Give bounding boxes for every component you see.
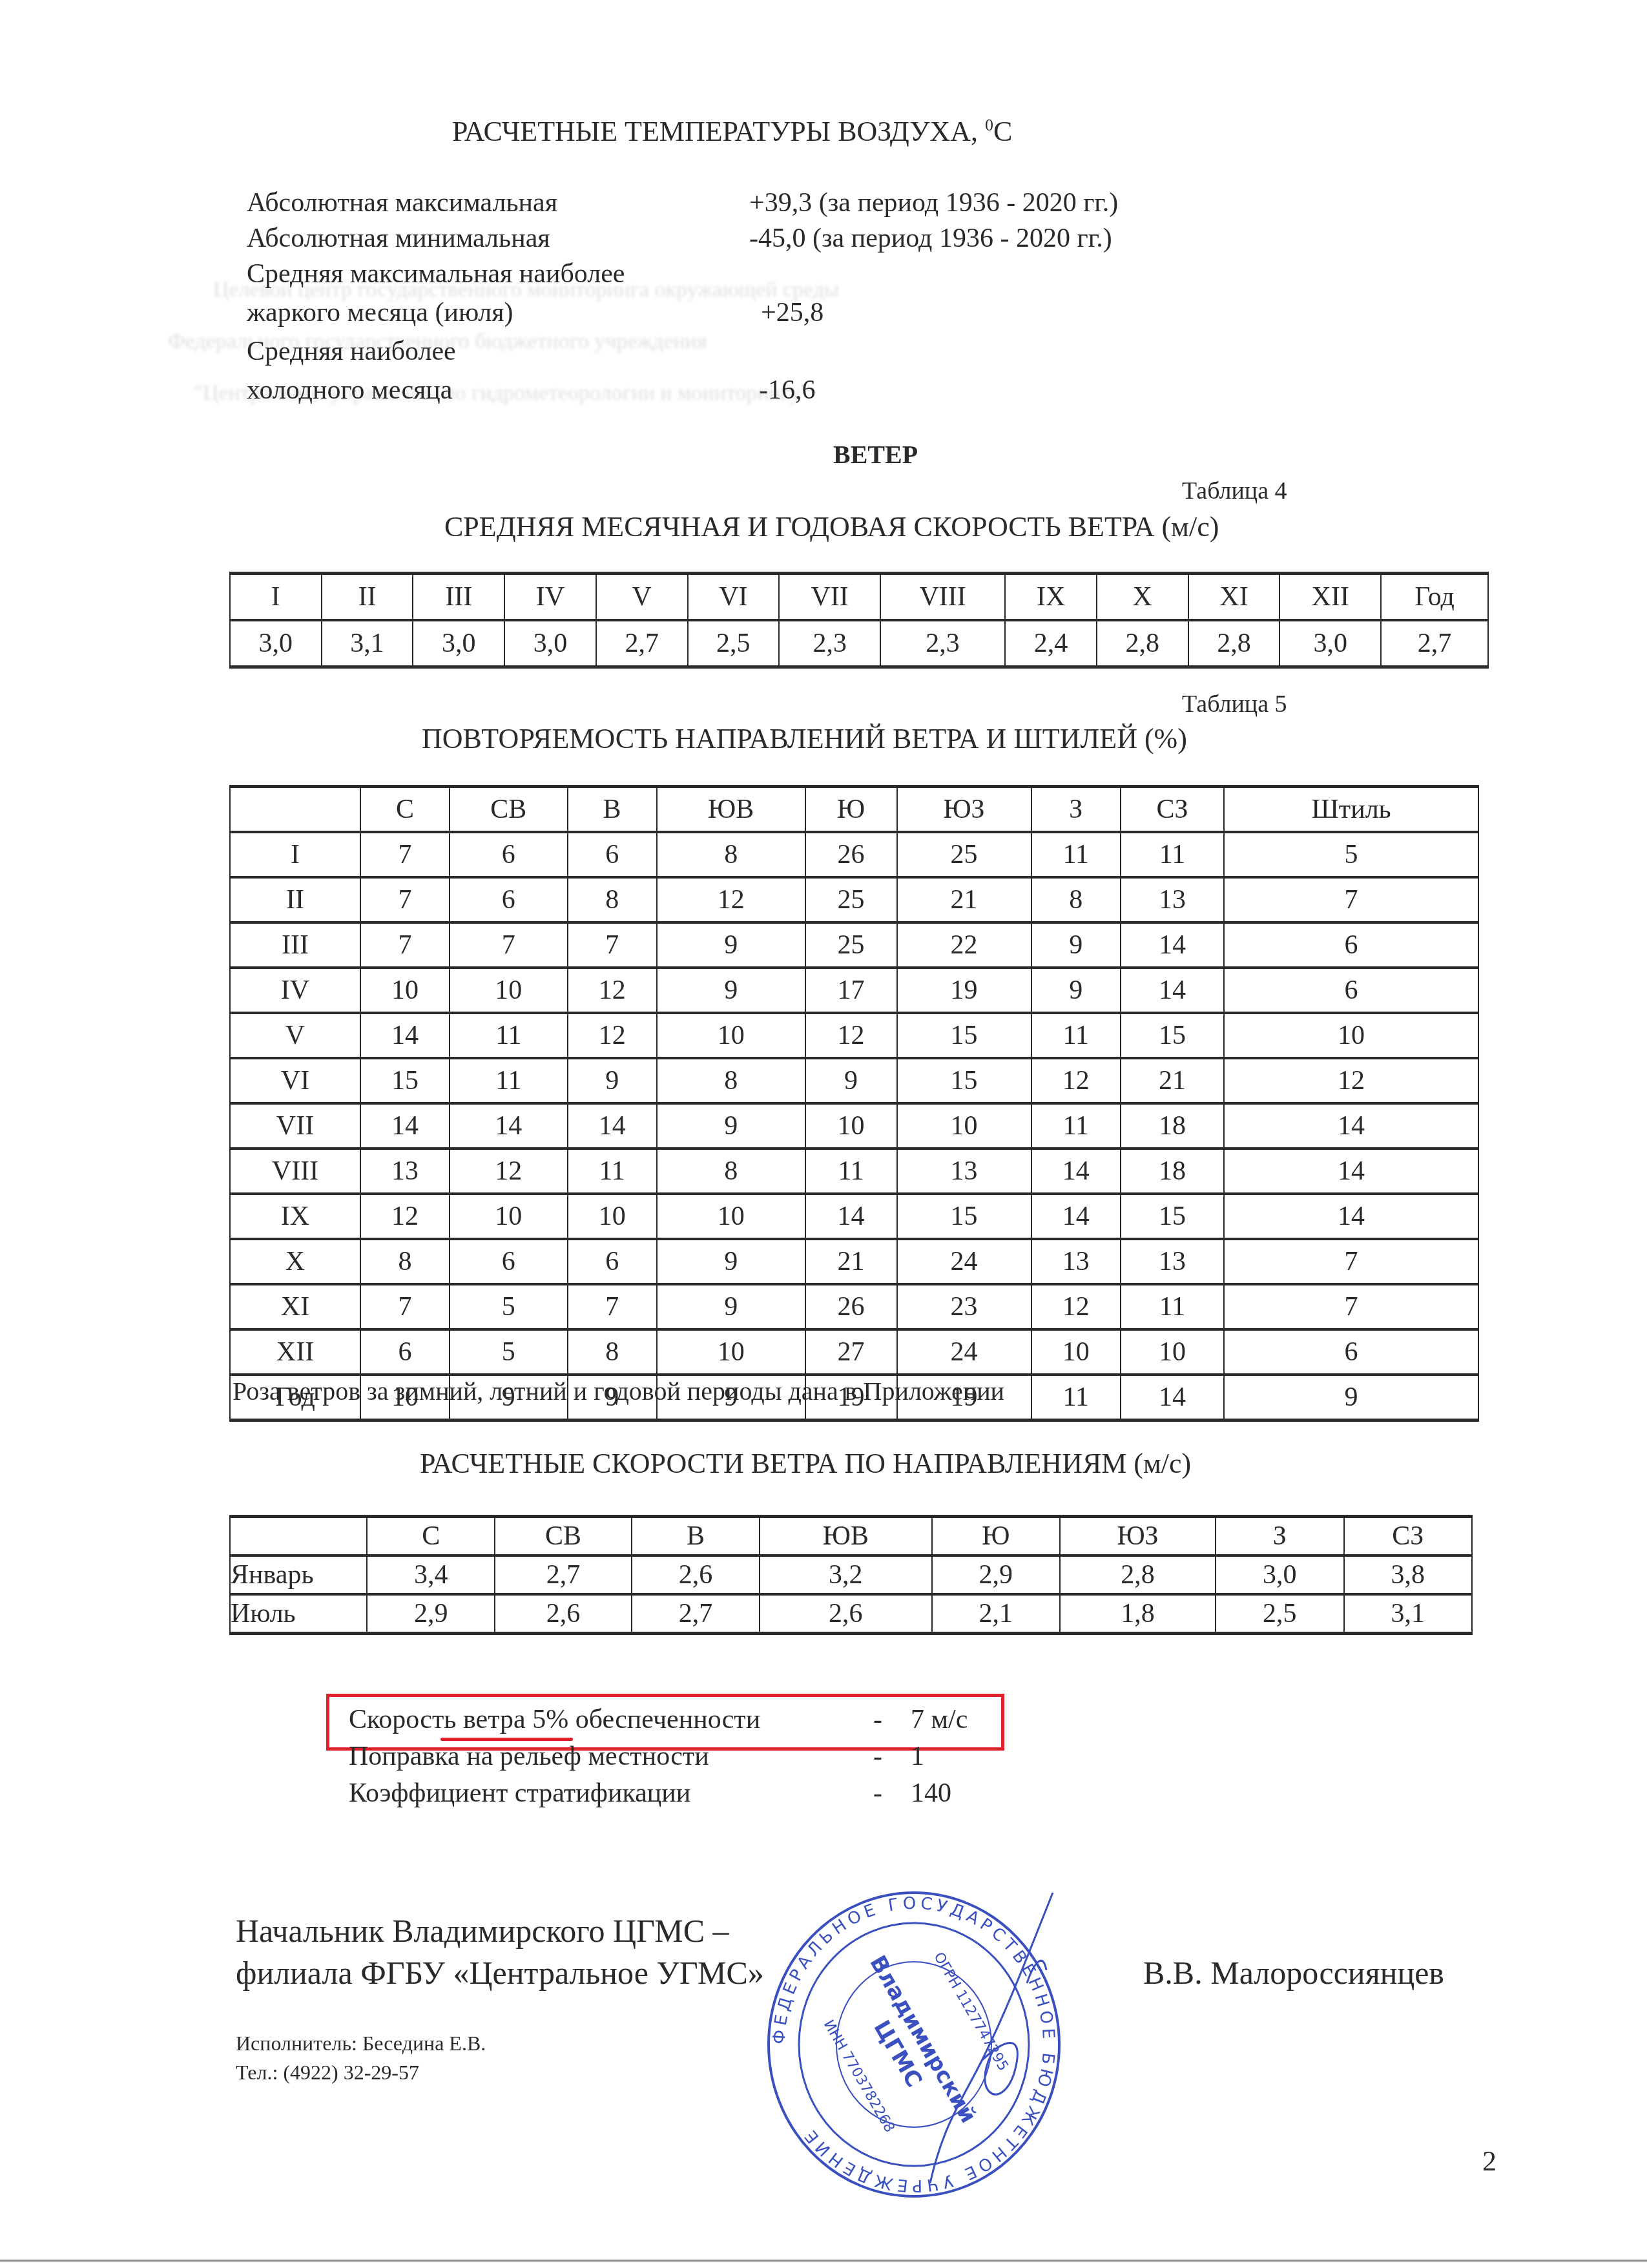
column-header: I xyxy=(230,574,322,621)
table-cell: 12 xyxy=(657,877,805,922)
param-label: Коэффициент стратификации xyxy=(349,1778,690,1809)
table-cell: 15 xyxy=(1121,1013,1224,1058)
table-cell: 24 xyxy=(897,1239,1031,1284)
column-header: СВ xyxy=(495,1517,631,1556)
table-cell: 13 xyxy=(1031,1239,1121,1284)
table-row: III777925229146 xyxy=(230,922,1478,968)
temp-label: Абсолютная максимальная xyxy=(247,187,557,218)
table-cell: 15 xyxy=(897,1058,1031,1103)
table-header-row: IIIIIIIVVVIVIIVIIIIXXXIXIIГод xyxy=(230,574,1488,621)
table-cell: 12 xyxy=(450,1149,567,1194)
table-header-row: ССВВЮВЮЮЗЗСЗШтиль xyxy=(230,787,1478,833)
table-cell: 11 xyxy=(450,1013,567,1058)
table-cell: 8 xyxy=(360,1239,450,1284)
table-cell: 12 xyxy=(360,1194,450,1239)
column-header: II xyxy=(322,574,413,621)
column-header xyxy=(230,787,360,833)
wind-section-title: ВЕТЕР xyxy=(833,439,918,470)
param-value: 7 м/с xyxy=(911,1704,968,1735)
table-cell: 9 xyxy=(1031,968,1121,1013)
column-header: СЗ xyxy=(1344,1517,1472,1556)
column-header: X xyxy=(1097,574,1188,621)
table-cell: 14 xyxy=(1121,922,1224,968)
column-header: ЮВ xyxy=(760,1517,931,1556)
signatory-position-line2: филиала ФГБУ «Центральное УГМС» xyxy=(236,1954,764,1992)
table-cell: 12 xyxy=(568,1013,657,1058)
page-edge-line xyxy=(0,2260,1647,2262)
table-cell: 6 xyxy=(450,877,567,922)
temperature-title: РАСЧЕТНЫЕ ТЕМПЕРАТУРЫ ВОЗДУХА, 0С xyxy=(452,115,1012,148)
table-cell: 2,9 xyxy=(932,1555,1060,1594)
param-value: 1 xyxy=(911,1741,924,1772)
table-cell: 6 xyxy=(1224,1329,1478,1375)
table-cell: 3,8 xyxy=(1344,1555,1472,1594)
row-header: VII xyxy=(230,1103,360,1149)
table-cell: 21 xyxy=(897,877,1031,922)
table-cell: 8 xyxy=(568,1329,657,1375)
table-cell: 10 xyxy=(657,1013,805,1058)
table-cell: 2,5 xyxy=(688,620,780,667)
temp-label: Средняя наиболее xyxy=(247,336,456,367)
table-cell: 21 xyxy=(805,1239,897,1284)
table-cell: 9 xyxy=(657,922,805,968)
table-cell: 15 xyxy=(1121,1194,1224,1239)
table-cell: 6 xyxy=(568,832,657,877)
temp-value: +25,8 xyxy=(761,297,823,328)
column-header: III xyxy=(413,574,504,621)
table-cell: 15 xyxy=(897,1194,1031,1239)
table-cell: 25 xyxy=(897,832,1031,877)
table-cell: 2,7 xyxy=(495,1555,631,1594)
table-cell: 2,6 xyxy=(760,1594,931,1634)
table-cell: 7 xyxy=(1224,877,1478,922)
table-cell: 7 xyxy=(360,922,450,968)
table-cell: 14 xyxy=(1031,1149,1121,1194)
row-header: XII xyxy=(230,1329,360,1375)
table-cell: 8 xyxy=(568,877,657,922)
table-cell: 2,8 xyxy=(1060,1555,1216,1594)
table-cell: 6 xyxy=(568,1239,657,1284)
column-header: Ю xyxy=(932,1517,1060,1556)
wind-direction-frequency-table: ССВВЮВЮЮЗЗСЗШтильI7668262511115II7681225… xyxy=(229,785,1479,1422)
table-cell: 7 xyxy=(568,1284,657,1329)
table-cell: 3,0 xyxy=(1279,620,1381,667)
table-cell: 11 xyxy=(1031,832,1121,877)
table-row: 3,03,13,03,02,72,52,32,32,42,82,83,02,7 xyxy=(230,620,1488,667)
table-cell: 13 xyxy=(360,1149,450,1194)
table-cell: 7 xyxy=(1224,1284,1478,1329)
table-cell: 7 xyxy=(360,877,450,922)
table-header-row: ССВВЮВЮЮЗЗСЗ xyxy=(230,1517,1472,1556)
table-cell: 11 xyxy=(450,1058,567,1103)
table-cell: 14 xyxy=(1224,1149,1478,1194)
table-cell: 8 xyxy=(657,1149,805,1194)
page-number: 2 xyxy=(1482,2145,1497,2178)
table-cell: 11 xyxy=(1121,1284,1224,1329)
table-cell: 3,1 xyxy=(322,620,413,667)
table-cell: 14 xyxy=(568,1103,657,1149)
table-cell: 9 xyxy=(657,1239,805,1284)
table-cell: 1,8 xyxy=(1060,1594,1216,1634)
table-cell: 3,0 xyxy=(1216,1555,1343,1594)
row-header: I xyxy=(230,832,360,877)
column-header: С xyxy=(360,787,450,833)
table-cell: 27 xyxy=(805,1329,897,1375)
row-header: IX xyxy=(230,1194,360,1239)
table-cell: 7 xyxy=(450,922,567,968)
column-header xyxy=(230,1517,367,1556)
table-cell: 13 xyxy=(897,1149,1031,1194)
table-cell: 10 xyxy=(897,1103,1031,1149)
table-cell: 9 xyxy=(657,1103,805,1149)
table-cell: 11 xyxy=(568,1149,657,1194)
table-cell: 3,4 xyxy=(367,1555,495,1594)
param-dash: - xyxy=(873,1704,882,1735)
table-cell: 2,3 xyxy=(880,620,1005,667)
signatory-name: В.В. Малороссиянцев xyxy=(1143,1954,1444,1992)
column-header: Ю xyxy=(805,787,897,833)
table-cell: 25 xyxy=(805,922,897,968)
table-cell: 2,7 xyxy=(596,620,688,667)
table-row: I7668262511115 xyxy=(230,832,1478,877)
column-header: VI xyxy=(688,574,780,621)
param-dash: - xyxy=(873,1778,882,1809)
temp-value: -16,6 xyxy=(759,375,816,406)
table-cell: 3,1 xyxy=(1344,1594,1472,1634)
table-cell: 9 xyxy=(657,968,805,1013)
table-cell: 11 xyxy=(1031,1375,1121,1420)
row-header: X xyxy=(230,1239,360,1284)
table-cell: 10 xyxy=(568,1194,657,1239)
table-cell: 14 xyxy=(1121,968,1224,1013)
table-cell: 23 xyxy=(897,1284,1031,1329)
table-cell: 8 xyxy=(1031,877,1121,922)
column-header: В xyxy=(568,787,657,833)
table-cell: 3,2 xyxy=(760,1555,931,1594)
table-cell: 10 xyxy=(1121,1329,1224,1375)
table-cell: 12 xyxy=(1224,1058,1478,1103)
table-cell: 14 xyxy=(805,1194,897,1239)
table-cell: 6 xyxy=(1224,968,1478,1013)
official-stamp-icon: ФЕДЕРАЛЬНОЕ ГОСУДАРСТВЕННОЕ БЮДЖЕТНОЕ УЧ… xyxy=(749,1880,1085,2203)
table-cell: 2,7 xyxy=(1381,620,1488,667)
row-header: V xyxy=(230,1013,360,1058)
table-cell: 14 xyxy=(360,1013,450,1058)
table-cell: 14 xyxy=(1224,1103,1478,1149)
table-cell: 9 xyxy=(1224,1375,1478,1420)
table-cell: 11 xyxy=(1031,1103,1121,1149)
temp-value: -45,0 (за период 1936 - 2020 гг.) xyxy=(749,223,1112,254)
row-header: II xyxy=(230,877,360,922)
table-cell: 9 xyxy=(805,1058,897,1103)
executor-phone: Тел.: (4922) 32-29-57 xyxy=(236,2061,419,2085)
table-cell: 7 xyxy=(360,1284,450,1329)
table-cell: 8 xyxy=(657,832,805,877)
table5-title: ПОВТОРЯЕМОСТЬ НАПРАВЛЕНИЙ ВЕТРА И ШТИЛЕЙ… xyxy=(422,722,1187,755)
column-header: ЮВ xyxy=(657,787,805,833)
table-cell: 13 xyxy=(1121,877,1224,922)
table4-title: СРЕДНЯЯ МЕСЯЧНАЯ И ГОДОВАЯ СКОРОСТЬ ВЕТР… xyxy=(444,510,1219,543)
table-cell: 7 xyxy=(1224,1239,1478,1284)
temp-label: Абсолютная минимальная xyxy=(247,223,550,254)
table-row: IX121010101415141514 xyxy=(230,1194,1478,1239)
table-cell: 15 xyxy=(360,1058,450,1103)
wind-rose-note: Роза ветров за зимний, летний и годовой … xyxy=(233,1376,1004,1406)
table-cell: 15 xyxy=(897,1013,1031,1058)
table-cell: 14 xyxy=(450,1103,567,1149)
table-cell: 11 xyxy=(1121,832,1224,877)
table-cell: 9 xyxy=(568,1058,657,1103)
table-cell: 14 xyxy=(360,1103,450,1149)
table-cell: 12 xyxy=(805,1013,897,1058)
param-label: Скорость ветра 5% обеспеченности xyxy=(349,1704,760,1735)
param-dash: - xyxy=(873,1741,882,1772)
table4-label: Таблица 4 xyxy=(1182,477,1287,505)
column-header: З xyxy=(1216,1517,1343,1556)
table-row: IV101012917199146 xyxy=(230,968,1478,1013)
table-cell: 26 xyxy=(805,832,897,877)
table-row: II7681225218137 xyxy=(230,877,1478,922)
temp-value: +39,3 (за период 1936 - 2020 гг.) xyxy=(749,187,1118,218)
table-cell: 6 xyxy=(450,832,567,877)
table-cell: 6 xyxy=(360,1329,450,1375)
table-cell: 6 xyxy=(1224,922,1478,968)
table-cell: 2,8 xyxy=(1097,620,1188,667)
row-header: VI xyxy=(230,1058,360,1103)
column-header: Штиль xyxy=(1224,787,1478,833)
table-cell: 18 xyxy=(1121,1103,1224,1149)
table-cell: 7 xyxy=(360,832,450,877)
table-row: Январь3,42,72,63,22,92,83,03,8 xyxy=(230,1555,1472,1594)
signatory-position-line1: Начальник Владимирского ЦГМС – xyxy=(236,1912,729,1950)
column-header: С xyxy=(367,1517,495,1556)
row-header: XI xyxy=(230,1284,360,1329)
table-cell: 9 xyxy=(1031,922,1121,968)
table-cell: 14 xyxy=(1224,1194,1478,1239)
table-row: XII65810272410106 xyxy=(230,1329,1478,1375)
table-cell: 2,5 xyxy=(1216,1594,1343,1634)
column-header: СВ xyxy=(450,787,567,833)
table-cell: 3,0 xyxy=(413,620,504,667)
temp-label: холодного месяца xyxy=(247,375,452,406)
row-header: VIII xyxy=(230,1149,360,1194)
table-row: X8669212413137 xyxy=(230,1239,1478,1284)
table-cell: 6 xyxy=(450,1239,567,1284)
table-cell: 21 xyxy=(1121,1058,1224,1103)
column-header: VIII xyxy=(880,574,1005,621)
table-cell: 12 xyxy=(568,968,657,1013)
table-cell: 26 xyxy=(805,1284,897,1329)
table-row: Июль2,92,62,72,62,11,82,53,1 xyxy=(230,1594,1472,1634)
row-header: IV xyxy=(230,968,360,1013)
column-header: V xyxy=(596,574,688,621)
table-cell: 2,6 xyxy=(495,1594,631,1634)
table5-label: Таблица 5 xyxy=(1182,690,1287,718)
table-cell: 10 xyxy=(450,968,567,1013)
param-value: 140 xyxy=(911,1778,951,1809)
table-cell: 12 xyxy=(1031,1284,1121,1329)
table-cell: 2,6 xyxy=(632,1555,760,1594)
table-cell: 2,3 xyxy=(779,620,880,667)
design-wind-speed-table: ССВВЮВЮЮЗЗСЗЯнварь3,42,72,63,22,92,83,03… xyxy=(229,1515,1473,1635)
column-header: IV xyxy=(504,574,596,621)
table6-title: РАСЧЕТНЫЕ СКОРОСТИ ВЕТРА ПО НАПРАВЛЕНИЯМ… xyxy=(420,1447,1191,1480)
table-cell: 2,8 xyxy=(1188,620,1280,667)
row-header: Июль xyxy=(230,1594,367,1634)
mean-wind-speed-table: IIIIIIIVVVIVIIVIIIIXXXIXIIГод3,03,13,03,… xyxy=(229,572,1489,669)
table-cell: 14 xyxy=(1121,1375,1224,1420)
column-header: IX xyxy=(1005,574,1097,621)
table-cell: 10 xyxy=(1031,1329,1121,1375)
table-cell: 3,0 xyxy=(230,620,322,667)
table-cell: 5 xyxy=(450,1284,567,1329)
table-cell: 12 xyxy=(1031,1058,1121,1103)
row-header: III xyxy=(230,922,360,968)
column-header: XI xyxy=(1188,574,1280,621)
column-header: СЗ xyxy=(1121,787,1224,833)
table-cell: 11 xyxy=(1031,1013,1121,1058)
table-cell: 9 xyxy=(657,1284,805,1329)
temp-label: Средняя максимальная наиболее xyxy=(247,258,625,289)
table-row: VI151198915122112 xyxy=(230,1058,1478,1103)
table-cell: 14 xyxy=(1031,1194,1121,1239)
table-cell: 3,0 xyxy=(504,620,596,667)
table-cell: 5 xyxy=(1224,832,1478,877)
column-header: ЮЗ xyxy=(1060,1517,1216,1556)
table-row: VIII13121181113141814 xyxy=(230,1149,1478,1194)
table-cell: 22 xyxy=(897,922,1031,968)
column-header: XII xyxy=(1279,574,1381,621)
table-cell: 7 xyxy=(568,922,657,968)
table-cell: 24 xyxy=(897,1329,1031,1375)
column-header: ЮЗ xyxy=(897,787,1031,833)
table-cell: 5 xyxy=(450,1329,567,1375)
table-cell: 18 xyxy=(1121,1149,1224,1194)
temp-label: жаркого месяца (июля) xyxy=(247,297,513,328)
table-cell: 10 xyxy=(805,1103,897,1149)
table-cell: 10 xyxy=(450,1194,567,1239)
column-header: VII xyxy=(779,574,880,621)
table-cell: 25 xyxy=(805,877,897,922)
table-cell: 2,9 xyxy=(367,1594,495,1634)
column-header: В xyxy=(632,1517,760,1556)
table-cell: 8 xyxy=(657,1058,805,1103)
table-row: XI7579262312117 xyxy=(230,1284,1478,1329)
table-cell: 13 xyxy=(1121,1239,1224,1284)
table-cell: 2,4 xyxy=(1005,620,1097,667)
table-cell: 10 xyxy=(657,1194,805,1239)
table-cell: 2,7 xyxy=(632,1594,760,1634)
executor: Исполнитель: Беседина Е.В. xyxy=(236,2032,486,2055)
table-cell: 10 xyxy=(360,968,450,1013)
table-cell: 11 xyxy=(805,1149,897,1194)
column-header: Год xyxy=(1381,574,1488,621)
table-row: V141112101215111510 xyxy=(230,1013,1478,1058)
param-label: Поправка на рельеф местности xyxy=(349,1741,709,1772)
table-cell: 2,1 xyxy=(932,1594,1060,1634)
row-header: Январь xyxy=(230,1555,367,1594)
table-cell: 10 xyxy=(657,1329,805,1375)
table-cell: 17 xyxy=(805,968,897,1013)
column-header: З xyxy=(1031,787,1121,833)
table-cell: 10 xyxy=(1224,1013,1478,1058)
table-cell: 19 xyxy=(897,968,1031,1013)
table-row: VII14141491010111814 xyxy=(230,1103,1478,1149)
